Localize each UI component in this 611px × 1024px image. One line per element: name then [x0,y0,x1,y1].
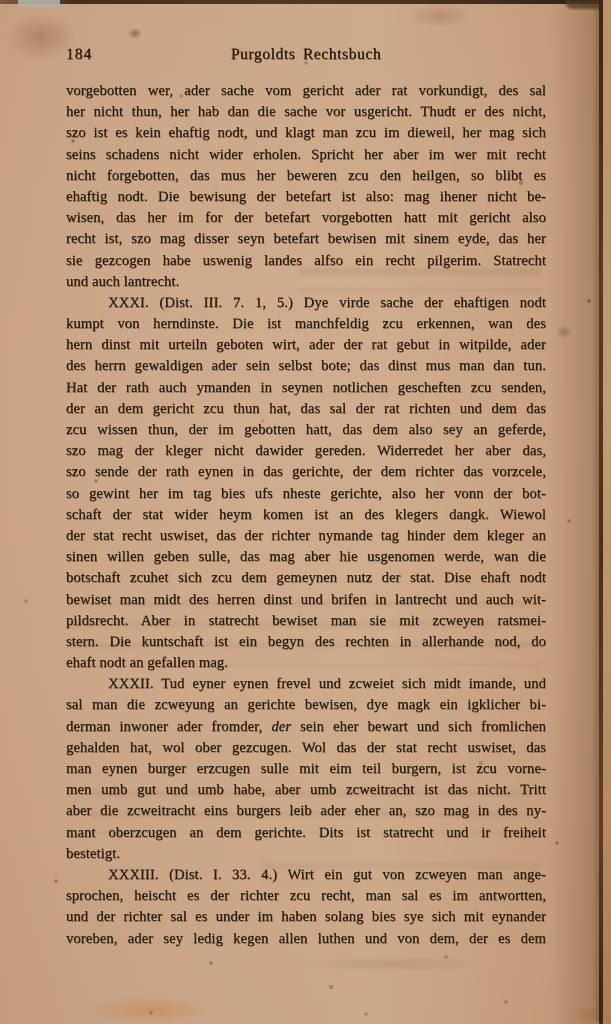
text-line: voreben, ader sey ledig kegen allen luth… [66,929,546,950]
text-line: sinen willen geben sulle, das mag aber h… [66,547,546,568]
text-line: sie gezcogen habe uswenig landes alfso e… [66,251,546,272]
running-title: Purgoldts Rechtsbuch [66,46,546,64]
text-line: so gewint her im tag bies ufs nheste ger… [66,484,546,505]
text-line: und der richter sal es under im haben so… [66,907,546,928]
text-line: szo sende der rath eynen in das gerichte… [66,462,546,483]
text-line: szo mag der kleger nicht dawider gereden… [66,441,546,462]
text-line: aber die zcweitracht eins burgers leib a… [66,801,546,822]
text-line: zcu wissen thun, der im gebotten hatt, d… [66,420,546,441]
text-line: men umb gut und umb habe, aber umb zcwei… [66,780,546,801]
text-line: ehaftig nodt. Die bewisung der betefart … [66,187,546,208]
paper-stain [408,4,472,28]
text-line: sal man die zcweyung an gerichte bewisen… [66,695,546,716]
text-line: her nicht thun, her hab dan die sache vo… [66,102,546,123]
text-line: man eynen burger erzcugen sulle mit eim … [66,759,546,780]
text-line: hern dinst mit urteiln geboten wirt, ade… [66,335,546,356]
text-line: kumpt von herndinste. Die ist manchfeldi… [66,314,546,335]
text-line: derman inwoner ader fromder, der sein eh… [66,717,546,738]
text-line: sprochen, heischt es der richter zcu rec… [66,886,546,907]
text-line: gehalden hat, wol ober gezcugen. Wol das… [66,738,546,759]
scanner-bed-patch [18,0,60,7]
paper-stain [128,28,142,39]
text-line: der stat recht uswiset, das der richter … [66,526,546,547]
page-header: 184 Purgoldts Rechtsbuch [66,46,546,66]
text-line: szo ist es kein ehaftig nodt, und klagt … [66,123,546,144]
text-line: XXXI. (Dist. III. 7. 1, 5.) Dye virde sa… [66,293,546,314]
text-line: des herrn gewaldigen ader sein selbst bo… [66,356,546,377]
page-top-edge-shadow [0,0,611,4]
paper-stain [556,325,572,339]
text-line: pildsrecht. Aber in statrecht bewiset ma… [66,611,546,632]
text-line: Hat der rath auch ymanden in seynen notl… [66,378,546,399]
text-line: seins schadens nicht wider erholen. Spri… [66,145,546,166]
text-line: bewiset man midt des herren dinst und br… [66,590,546,611]
text-line: nicht forgebotten, das mus her beweren z… [66,166,546,187]
text-line: XXXII. Tud eyner eynen frevel und zcweie… [66,674,546,695]
paper-stain [92,998,210,1022]
paper-stain [300,955,480,973]
text-line: schaft der stat wider heym komen ist an … [66,505,546,526]
text-line: mant oberzcugen an dem gerichte. Dits is… [66,823,546,844]
text-line: recht ist, szo mag disser seyn betefart … [66,229,546,250]
text-line: vorgebotten wer, ader sache vom gericht … [66,81,546,102]
text-line: XXXIII. (Dist. I. 33. 4.) Wirt ein gut v… [66,865,546,886]
page-under-edge [603,0,611,1024]
italic-word: der [271,719,291,735]
text-line: stern. Die kuntschaft ist ein begyn des … [66,632,546,653]
page-text: vorgebotten wer, ader sache vom gericht … [66,81,546,950]
text-line: wisen, das her im for der betefart vorge… [66,208,546,229]
text-line: der an dem gericht zcu thun hat, das sal… [66,399,546,420]
book-page-scan: 184 Purgoldts Rechtsbuch vorgebotten wer… [0,0,611,1024]
text-line: botschaft zcuhet sich zcu dem gemeynen n… [66,568,546,589]
text-line: bestetigt. [66,844,546,865]
text-line: ehaft nodt an gefallen mag. [66,653,546,674]
text-line: und auch lantrecht. [66,272,546,293]
